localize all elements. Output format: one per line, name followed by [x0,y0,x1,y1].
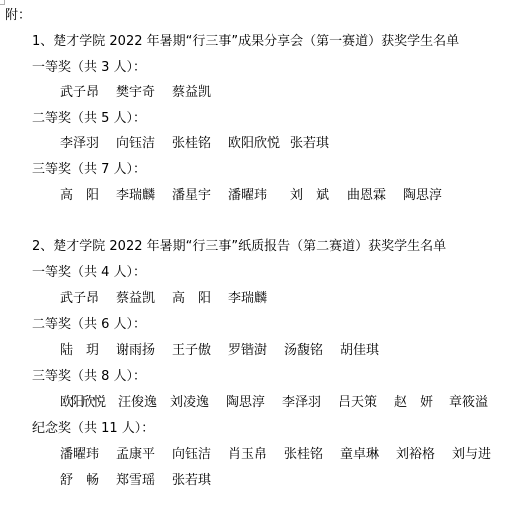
student-name: 谢雨扬 [116,343,155,359]
s2-commemorative-prize-label: 纪念奖（共 11 人）： [32,421,154,437]
student-name: 刘 斌 [290,188,329,204]
student-name: 潘星宇 [172,188,211,204]
student-name: 张若琪 [290,136,329,152]
student-name: 欧阳欣悦 [60,395,104,411]
s1-first-prize-names: 武子昂 樊宇奇 蔡益凯 [60,85,510,101]
student-name: 罗锴澍 [228,343,267,359]
student-name: 章筱溢 [449,395,488,411]
student-name: 胡佳琪 [340,343,379,359]
s1-third-prize-label: 三等奖（共 7 人）： [32,162,146,178]
student-name: 潘曜玮 [228,188,267,204]
s2-second-prize-label: 二等奖（共 6 人）： [32,317,146,333]
student-name: 向钰洁 [172,447,211,463]
student-name: 高 阳 [172,291,211,307]
student-name: 武子昂 [60,85,99,101]
student-name: 李瑞麟 [228,291,267,307]
student-name: 曲恩霖 [347,188,386,204]
s2-commemorative-prize-names-row-1: 潘曜玮 孟康平 向钰洁 肖玉帛 张桂铭 童卓琳 刘裕格 刘与进 [60,447,510,463]
student-name: 舒 畅 [60,473,99,489]
student-name: 陶思淳 [226,395,265,411]
s2-third-prize-label: 三等奖（共 8 人）： [32,369,146,385]
student-name: 汪俊逸 [118,395,157,411]
student-name: 李瑞麟 [116,188,155,204]
student-name: 向钰洁 [116,136,155,152]
student-name: 蔡益凯 [172,85,211,101]
s1-third-prize-names: 高 阳 李瑞麟 潘星宇 潘曜玮 刘 斌 曲恩霖 陶思淳 [60,188,510,204]
section-2-title: 2、楚才学院 2022 年暑期“行三事”纸质报告（第二赛道）获奖学生名单 [32,239,446,255]
student-name: 陶思淳 [403,188,442,204]
student-name: 刘凌逸 [170,395,209,411]
appendix-label: 附： [5,8,31,24]
s1-second-prize-label: 二等奖（共 5 人）： [32,111,146,127]
student-name: 吕天策 [338,395,377,411]
student-name: 王子傲 [172,343,211,359]
student-name: 肖玉帛 [228,447,267,463]
student-name: 孟康平 [116,447,155,463]
student-name: 汤馥铭 [284,343,323,359]
student-name: 欧阳欣悦 [228,136,280,152]
s2-first-prize-names: 武子昂 蔡益凯 高 阳 李瑞麟 [60,291,510,307]
student-name: 高 阳 [60,188,99,204]
student-name: 李泽羽 [282,395,321,411]
student-name: 蔡益凯 [116,291,155,307]
student-name: 樊宇奇 [116,85,155,101]
student-name: 张若琪 [172,473,211,489]
student-name: 郑雪瑶 [116,473,155,489]
s1-first-prize-label: 一等奖（共 3 人）： [32,60,146,76]
student-name: 潘曜玮 [60,447,99,463]
student-name: 童卓琳 [340,447,379,463]
student-name: 张桂铭 [284,447,323,463]
student-name: 李泽羽 [60,136,99,152]
s2-commemorative-prize-names-row-2: 舒 畅 郑雪瑶 张若琪 [60,473,510,489]
student-name: 刘与进 [452,447,491,463]
student-name: 武子昂 [60,291,99,307]
student-name: 刘裕格 [396,447,435,463]
s2-second-prize-names: 陆 玥 谢雨扬 王子傲 罗锴澍 汤馥铭 胡佳琪 [60,343,510,359]
s1-second-prize-names: 李泽羽 向钰洁 张桂铭 欧阳欣悦 张若琪 [60,136,510,152]
student-name: 张桂铭 [172,136,211,152]
corner-crop-mark [0,0,5,5]
student-name: 赵 妍 [394,395,433,411]
student-name: 陆 玥 [60,343,99,359]
s2-third-prize-names: 欧阳欣悦 汪俊逸 刘凌逸 陶思淳 李泽羽 吕天策 赵 妍 章筱溢 [60,395,510,411]
s2-first-prize-label: 一等奖（共 4 人）： [32,265,146,281]
section-1-title: 1、楚才学院 2022 年暑期“行三事”成果分享会（第一赛道）获奖学生名单 [32,34,459,50]
